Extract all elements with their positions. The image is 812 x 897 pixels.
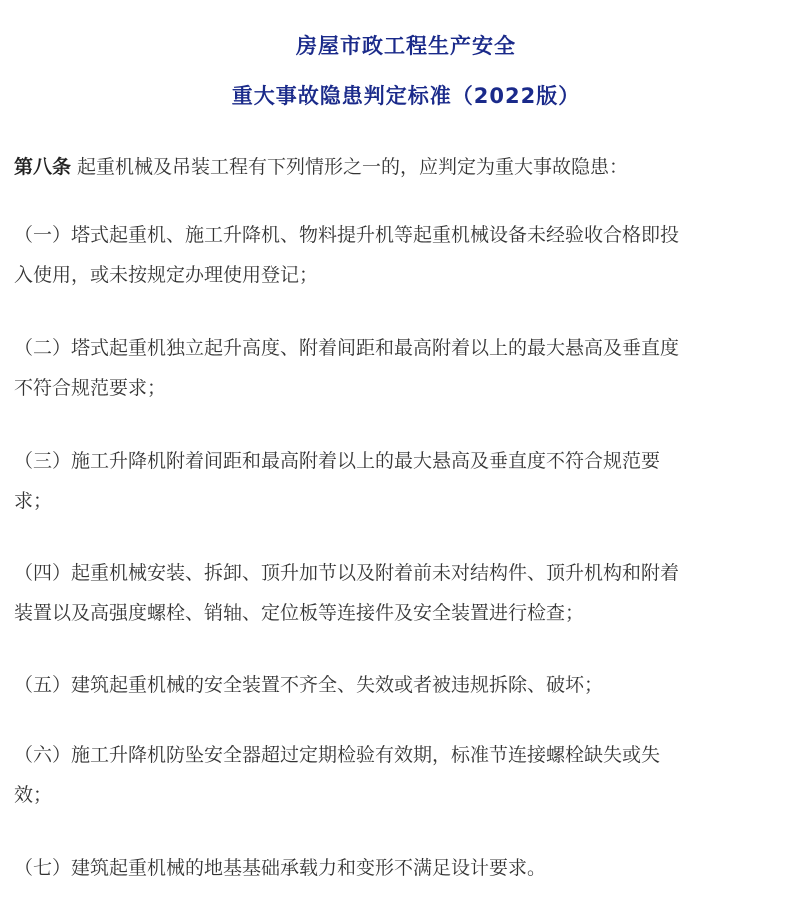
- item-line: （三）施工升降机附着间距和最高附着以上的最大悬高及垂直度不符合规范要: [14, 441, 804, 481]
- item-line: （六）施工升降机防坠安全器超过定期检验有效期，标准节连接螺栓缺失或失: [14, 735, 804, 775]
- list-item: （三）施工升降机附着间距和最高附着以上的最大悬高及垂直度不符合规范要 求；: [14, 441, 804, 521]
- article-label: 第八条: [14, 156, 71, 178]
- item-line: （二）塔式起重机独立起升高度、附着间距和最高附着以上的最大悬高及垂直度: [14, 328, 804, 368]
- item-line: 效；: [14, 775, 804, 815]
- item-line: （四）起重机械安装、拆卸、顶升加节以及附着前未对结构件、顶升机构和附着: [14, 553, 804, 593]
- item-line: 装置以及高强度螺栓、销轴、定位板等连接件及安全装置进行检查；: [14, 593, 804, 633]
- item-line: 求；: [14, 481, 804, 521]
- item-line: 不符合规范要求；: [14, 368, 804, 408]
- document-title-line1: 房屋市政工程生产安全: [0, 30, 812, 60]
- list-item: （四）起重机械安装、拆卸、顶升加节以及附着前未对结构件、顶升机构和附着 装置以及…: [14, 553, 804, 633]
- list-item: （二）塔式起重机独立起升高度、附着间距和最高附着以上的最大悬高及垂直度 不符合规…: [14, 328, 804, 408]
- list-item: （七）建筑起重机械的地基基础承载力和变形不满足设计要求。: [14, 848, 804, 888]
- document-title-line2: 重大事故隐患判定标准（2022版）: [0, 80, 812, 110]
- item-line: （五）建筑起重机械的安全装置不齐全、失效或者被违规拆除、破坏；: [14, 665, 804, 705]
- list-item: （六）施工升降机防坠安全器超过定期检验有效期，标准节连接螺栓缺失或失 效；: [14, 735, 804, 815]
- item-line: 入使用，或未按规定办理使用登记；: [14, 255, 804, 295]
- list-item: （一）塔式起重机、施工升降机、物料提升机等起重机械设备未经验收合格即投 入使用，…: [14, 215, 804, 295]
- item-line: （七）建筑起重机械的地基基础承载力和变形不满足设计要求。: [14, 848, 804, 888]
- article-text: 起重机械及吊装工程有下列情形之一的，应判定为重大事故隐患：: [71, 156, 628, 178]
- article-heading: 第八条 起重机械及吊装工程有下列情形之一的，应判定为重大事故隐患：: [14, 152, 628, 179]
- list-item: （五）建筑起重机械的安全装置不齐全、失效或者被违规拆除、破坏；: [14, 665, 804, 705]
- item-line: （一）塔式起重机、施工升降机、物料提升机等起重机械设备未经验收合格即投: [14, 215, 804, 255]
